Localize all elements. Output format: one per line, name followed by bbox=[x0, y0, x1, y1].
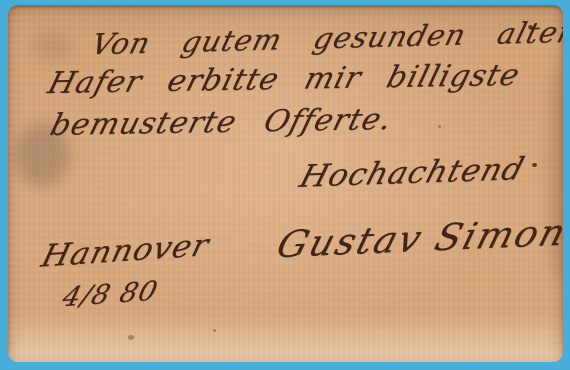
message-line-1: Von gutem gesunden alten bbox=[88, 15, 563, 62]
paper-speck bbox=[438, 125, 441, 128]
paper-speck bbox=[213, 329, 216, 332]
bottom-edge-fade bbox=[8, 346, 563, 362]
message-line-2: Hafer erbitte mir billigste bbox=[44, 58, 524, 101]
place-name: Hannover bbox=[38, 227, 213, 274]
ink-dot bbox=[532, 163, 537, 167]
date: 4/8 80 bbox=[59, 276, 161, 313]
closing-salutation: Hochachtend bbox=[296, 151, 529, 195]
paper-speck bbox=[128, 335, 134, 340]
postcard-scan: Von gutem gesunden alten Hafer erbitte m… bbox=[8, 5, 563, 362]
signature: Gustav Simon bbox=[272, 211, 563, 266]
top-left-stain bbox=[32, 31, 72, 61]
message-line-3: bemusterte Offerte. bbox=[46, 102, 396, 143]
